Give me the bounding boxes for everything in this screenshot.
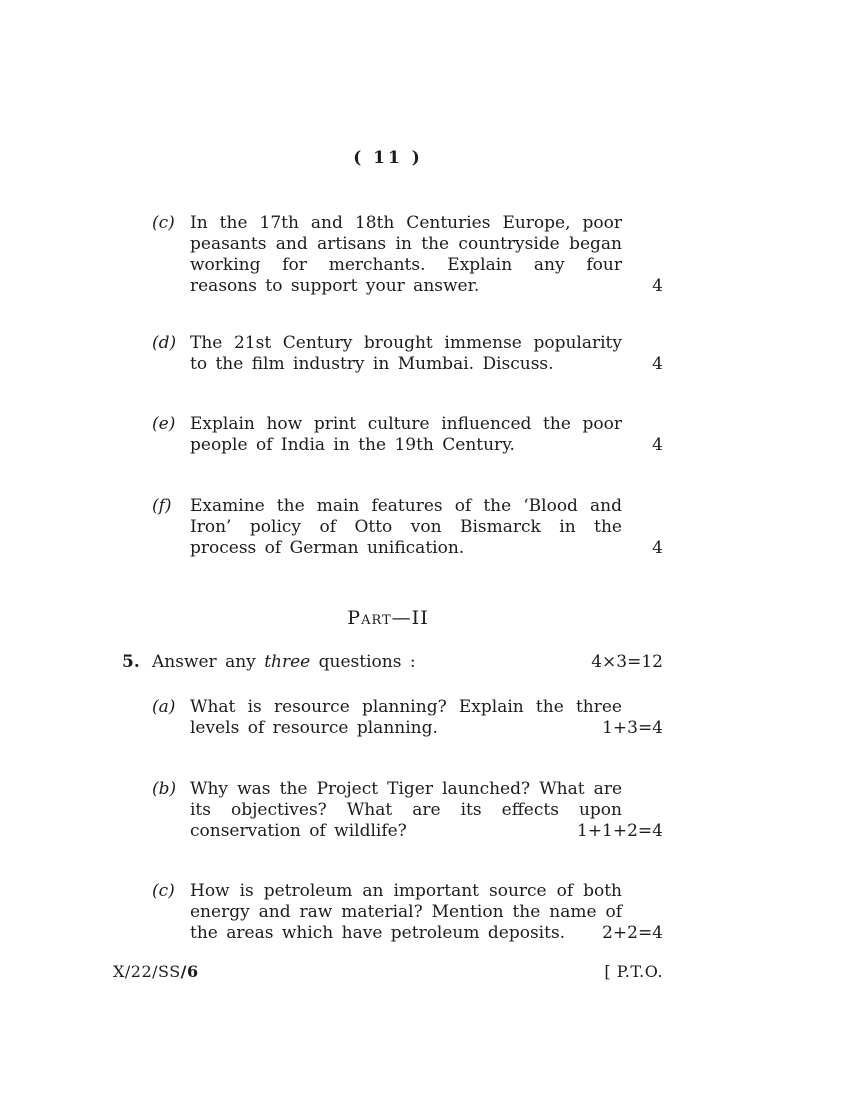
question-marks: 4	[652, 538, 663, 559]
question-marks: 1+3=4	[602, 718, 663, 739]
question-marks: 1+1+2=4	[577, 821, 663, 842]
question-marks: 4	[652, 435, 663, 456]
question-text-italic: three	[264, 652, 310, 672]
question-label: (d)	[152, 333, 190, 354]
question-text-suffix: questions :	[310, 652, 415, 672]
question-label: (c)	[152, 213, 190, 234]
question-text: Explain how print culture influenced the…	[190, 414, 622, 456]
question-text-prefix: Answer any	[152, 652, 264, 672]
question-number: 5.	[122, 652, 152, 673]
question-5a: (a) What is resource planning? Explain t…	[113, 697, 663, 739]
question-marks: 4	[652, 276, 663, 297]
question-text: The 21st Century brought immense popular…	[190, 333, 622, 375]
question-4d: (d) The 21st Century brought immense pop…	[113, 333, 663, 375]
page-content: ( 11 ) (c) In the 17th and 18th Centurie…	[113, 148, 663, 944]
question-label: (c)	[152, 881, 190, 902]
question-4c: (c) In the 17th and 18th Centuries Europ…	[113, 213, 663, 297]
exam-paper-page: ( 11 ) (c) In the 17th and 18th Centurie…	[0, 0, 850, 1100]
pto-label: [ P.T.O.	[604, 962, 663, 981]
paper-code-prefix: X/22/SS	[113, 962, 181, 981]
question-label: (e)	[152, 414, 190, 435]
question-5: 5. Answer any three questions : 4×3=12	[113, 652, 663, 673]
question-text: What is resource planning? Explain the t…	[190, 697, 622, 739]
question-marks: 4×3=12	[591, 652, 663, 673]
paper-code: X/22/SS/6	[113, 962, 199, 981]
paper-code-set-number: /6	[181, 962, 199, 981]
question-text: Why was the Project Tiger launched? What…	[190, 779, 622, 842]
question-5b: (b) Why was the Project Tiger launched? …	[113, 779, 663, 842]
question-marks: 2+2=4	[602, 923, 663, 944]
question-label: (a)	[152, 697, 190, 718]
part-2-heading: Part—II	[113, 608, 663, 629]
page-number: ( 11 )	[113, 148, 663, 169]
question-4f: (f) Examine the main features of the ‘Bl…	[113, 496, 663, 559]
question-text: In the 17th and 18th Centuries Europe, p…	[190, 213, 622, 297]
question-text: How is petroleum an important source of …	[190, 881, 622, 944]
question-text: Answer any three questions :	[152, 652, 584, 673]
question-text: Examine the main features of the ‘Blood …	[190, 496, 622, 559]
question-label: (b)	[152, 779, 190, 800]
question-5c: (c) How is petroleum an important source…	[113, 881, 663, 944]
question-4e: (e) Explain how print culture influenced…	[113, 414, 663, 456]
question-marks: 4	[652, 354, 663, 375]
question-label: (f)	[152, 496, 190, 517]
page-footer: X/22/SS/6 [ P.T.O.	[113, 962, 663, 981]
